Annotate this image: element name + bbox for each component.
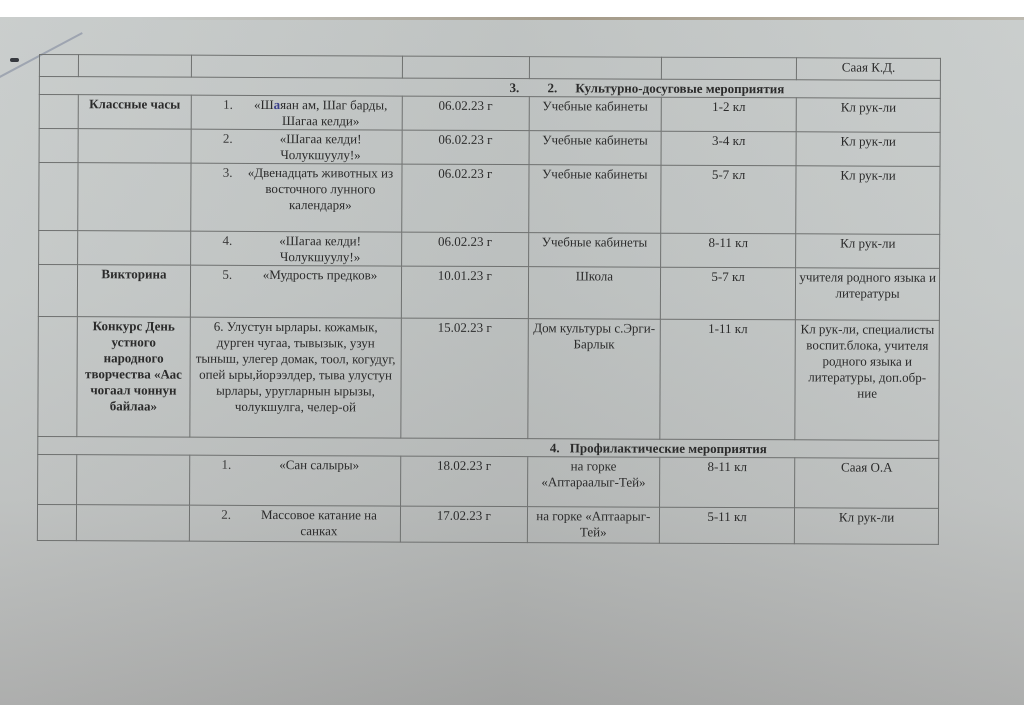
cell-responsible: Саая О.А xyxy=(795,458,939,509)
cell-classes: 8-11 кл xyxy=(661,233,796,268)
cell-classes: 1-11 кл xyxy=(660,319,796,440)
cell-empty xyxy=(191,55,402,78)
ink-spot xyxy=(10,58,19,62)
cell-event: 4. «Шагаа келди! Чолукшуулу!» xyxy=(191,231,402,266)
table-row: 1. «Сан салыры» 18.02.23 г на горке «Апт… xyxy=(38,454,939,508)
cell-classes: 3-4 кл xyxy=(661,131,796,166)
cell-date: 10.01.23 г xyxy=(401,266,528,319)
cell-form xyxy=(78,129,191,163)
cell-place: Учебные кабинеты xyxy=(528,233,660,268)
cell-place: Учебные кабинеты xyxy=(529,131,661,166)
events-plan-table: Саая К.Д. 3.2.Культурно-досуговые меропр… xyxy=(37,54,941,545)
cell-classes: 1-2 кл xyxy=(661,97,796,132)
cell-empty xyxy=(39,163,78,231)
cell-place: на горке «Аптараалыг-Тей» xyxy=(527,457,659,508)
cell-date: 06.02.23 г xyxy=(402,164,529,233)
table-row: 2. Массовое катание на санках 17.02.23 г… xyxy=(37,504,938,544)
cell-place: Дом культуры с.Эрги-Барлык xyxy=(528,319,661,440)
table-row: 4. «Шагаа келди! Чолукшуулу!» 06.02.23 г… xyxy=(39,231,940,269)
cell-responsible: Саая К.Д. xyxy=(797,58,941,81)
cell-date: 06.02.23 г xyxy=(401,232,528,267)
cell-event: 2. «Шагаа келди! Чолукшуулу!» xyxy=(191,129,402,164)
cell-empty xyxy=(402,56,529,79)
cell-form xyxy=(76,455,189,505)
cell-empty xyxy=(38,316,77,436)
cell-empty xyxy=(39,129,78,163)
cell-empty xyxy=(39,55,78,77)
cell-date: 06.02.23 г xyxy=(402,96,529,131)
table-row: Классные часы 1. «Шаяан ам, Шаг барды, Ш… xyxy=(39,95,940,133)
cell-event: 5. «Мудрость предков» xyxy=(190,265,401,318)
cell-form: Конкурс День устного народного творчеств… xyxy=(77,317,191,437)
table-row: 3. «Двенадцать животных из восточного лу… xyxy=(39,163,940,235)
cell-classes: 8-11 кл xyxy=(659,457,795,508)
cell-responsible: Кл рук-ли xyxy=(796,132,940,167)
cell-classes: 5-7 кл xyxy=(660,267,796,320)
table-row: 2. «Шагаа келди! Чолукшуулу!» 06.02.23 г… xyxy=(39,129,940,167)
cell-place: на горке «Аптаарыг-Тей» xyxy=(527,507,659,544)
cell-event: 2. Массовое катание на санках xyxy=(189,505,400,542)
cell-form: Викторина xyxy=(77,265,190,317)
cell-form xyxy=(78,163,192,231)
cell-empty xyxy=(78,55,191,77)
cell-empty xyxy=(39,95,78,129)
cell-empty xyxy=(529,57,661,80)
cell-responsible: учителя родного языка и литературы xyxy=(796,268,940,321)
cell-date: 18.02.23 г xyxy=(400,456,527,507)
page-edge-shadow xyxy=(140,17,1024,20)
cell-event: 1. «Сан салыры» xyxy=(190,455,401,506)
table-row: Конкурс День устного народного творчеств… xyxy=(38,316,940,440)
cell-empty xyxy=(38,265,77,317)
cell-responsible: Кл рук-ли, специалисты воспит.блока, учи… xyxy=(795,320,939,441)
cell-date: 15.02.23 г xyxy=(401,318,528,439)
cell-responsible: Кл рук-ли xyxy=(795,508,939,545)
cell-empty xyxy=(37,504,76,540)
cell-form: Классные часы xyxy=(78,95,191,129)
cell-empty xyxy=(39,231,78,265)
cell-event: 3. «Двенадцать животных из восточного лу… xyxy=(191,163,402,232)
cell-responsible: Кл рук-ли xyxy=(796,98,940,133)
cell-classes: 5-7 кл xyxy=(661,165,797,234)
cell-date: 17.02.23 г xyxy=(400,506,527,543)
cell-form xyxy=(77,231,190,265)
cell-place: Школа xyxy=(528,267,660,320)
cell-place: Учебные кабинеты xyxy=(529,97,661,132)
cell-responsible: Кл рук-ли xyxy=(796,166,940,235)
cell-place: Учебные кабинеты xyxy=(529,165,661,234)
cell-empty xyxy=(661,57,796,80)
cell-event: 1. «Шаяан ам, Шаг барды, Шагаа келди» xyxy=(191,95,402,130)
table-row: Викторина 5. «Мудрость предков» 10.01.23… xyxy=(38,265,939,321)
cell-event: 6. Улустун ырлары. кожамык, дурген чугаа… xyxy=(190,317,401,438)
cell-responsible: Кл рук-ли xyxy=(796,234,940,269)
cell-date: 06.02.23 г xyxy=(402,130,529,165)
cell-form xyxy=(76,505,189,541)
cell-empty xyxy=(38,454,77,504)
cell-classes: 5-11 кл xyxy=(659,507,794,544)
